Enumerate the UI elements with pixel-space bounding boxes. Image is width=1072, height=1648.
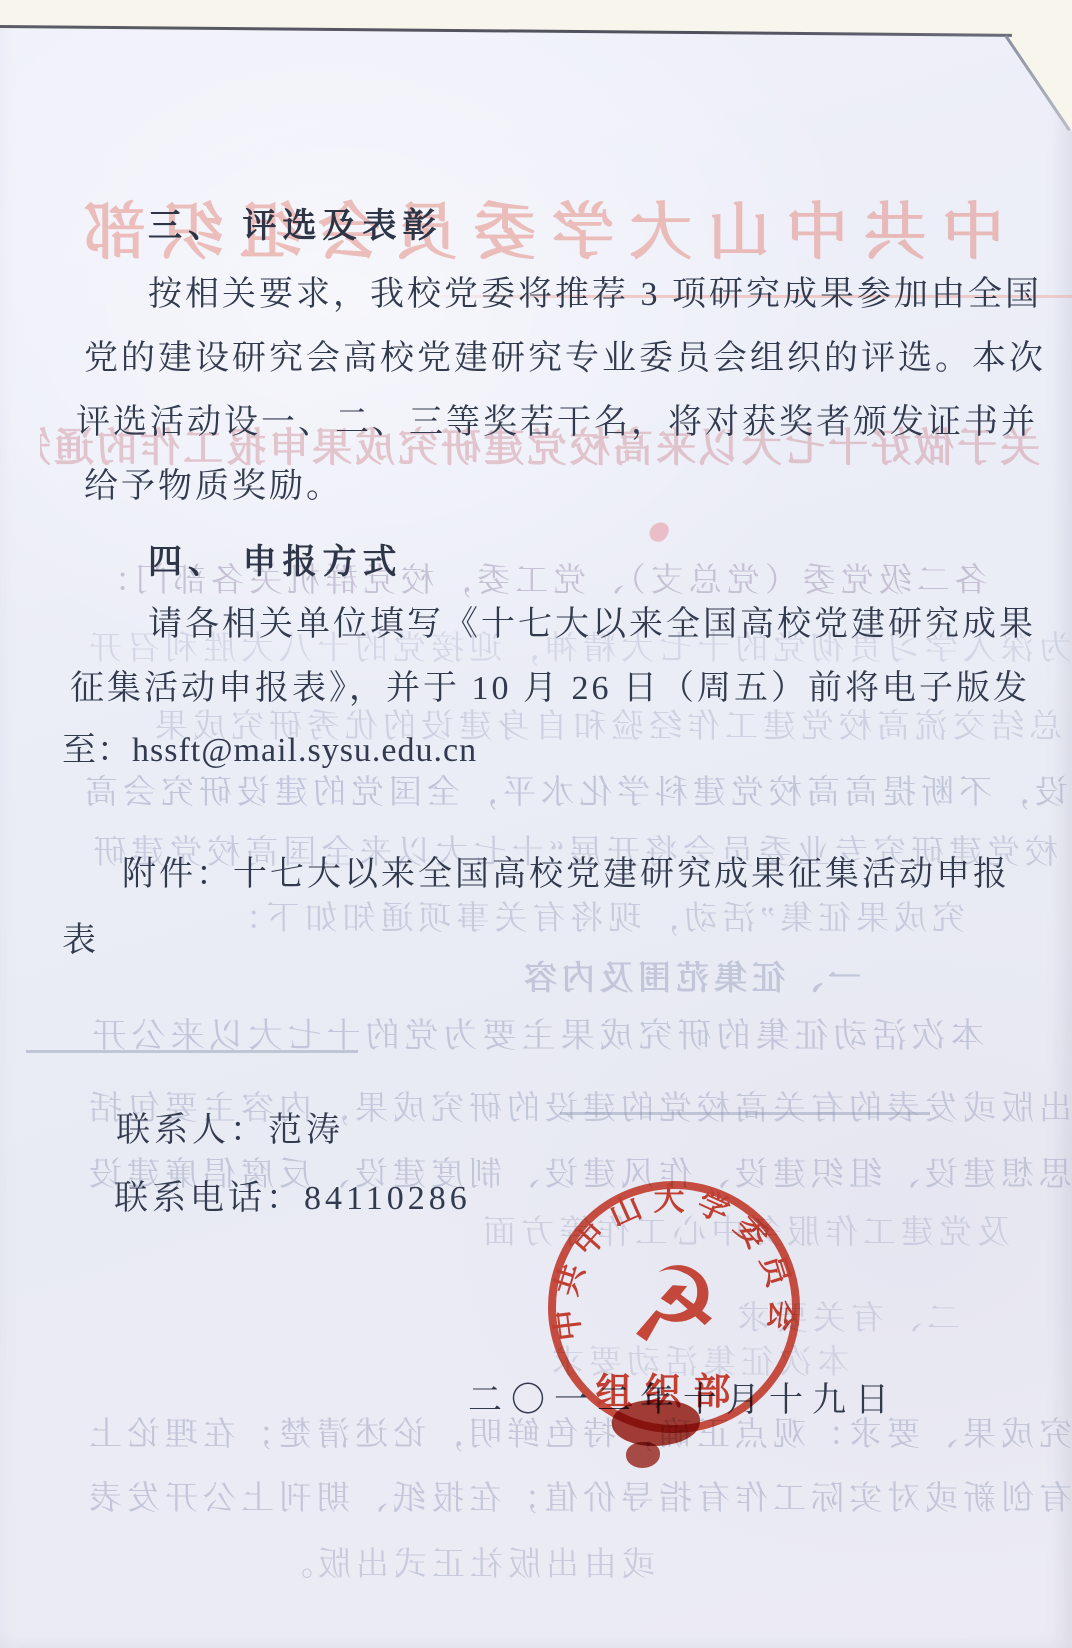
scanned-document-page: 中共中山大学委员会组织部 关于做好十七大以来高校党建研究成果申报工作的通知 各二… [0, 0, 1072, 1648]
body-line: 征集活动申报表》，并于 10 月 26 日（周五）前将电子版发 [70, 660, 1030, 709]
body-line: 请各相关单位填写《十七大以来全国高校党建研究成果 [148, 596, 1036, 645]
email-line: 至：hssft@mail.sysu.edu.cn [62, 722, 477, 771]
official-seal: 中共中山大学委员会 ☭ 组织部 [545, 1178, 803, 1436]
section3-heading: 三、 评选及表彰 [148, 198, 443, 247]
contact-person: 联系人：范涛 [116, 1102, 344, 1151]
body-line: 给予物质奖励。 [84, 458, 343, 507]
contact-phone: 联系电话：84110286 [114, 1170, 471, 1219]
body-line: 按相关要求，我校党委将推荐 3 项研究成果参加由全国 [148, 266, 1042, 315]
section4-heading: 四、 申报方式 [148, 534, 403, 583]
body-line: 党的建设研究会高校党建研究专业委员会组织的评选。本次 [84, 330, 1046, 379]
attachment-line: 附件：十七大以来全国高校党建研究成果征集活动申报 [122, 846, 1010, 895]
hammer-sickle-icon: ☭ [627, 1244, 720, 1366]
body-line: 评选活动设一、二、三等奖若干名，将对获奖者颁发证书并 [76, 394, 1038, 443]
attachment-line: 表 [62, 912, 99, 961]
